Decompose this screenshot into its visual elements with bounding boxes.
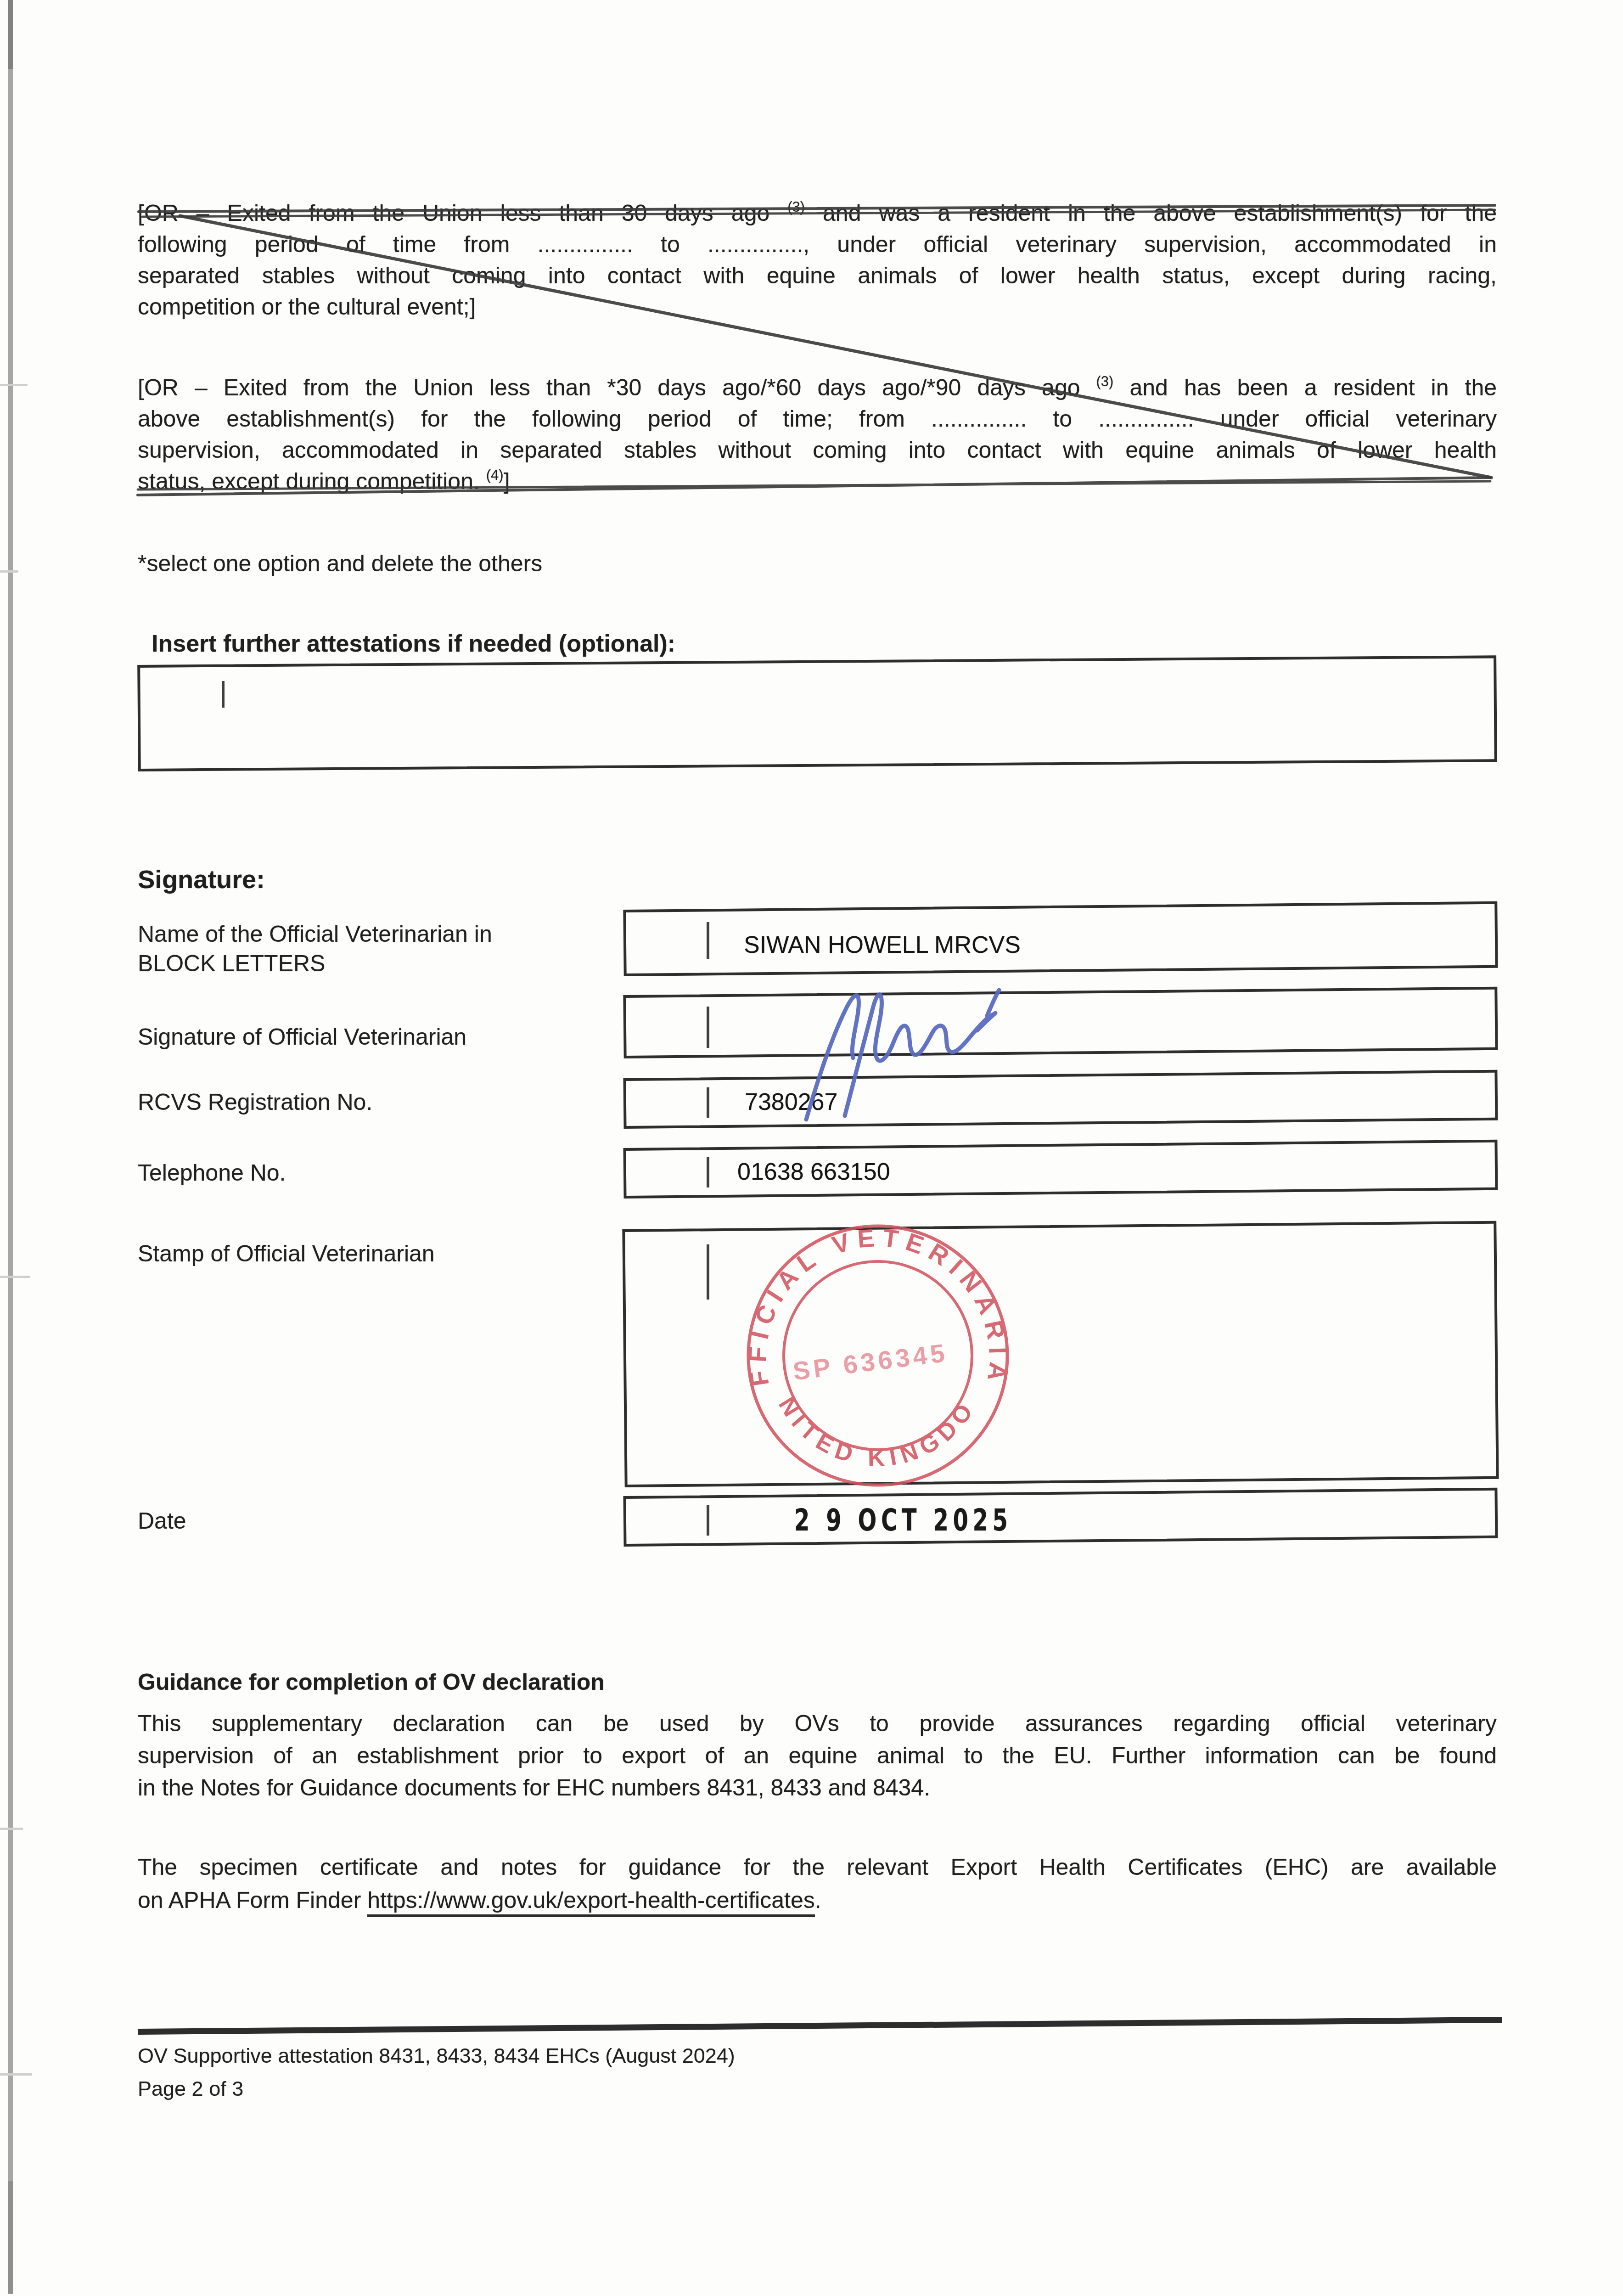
stamp-label: Stamp of Official Veterinarian [138,1239,435,1268]
paragraph-line: status, except during competition. (4)] [138,466,1497,500]
attestations-heading: Insert further attestations if needed (o… [152,630,675,658]
page-scan-edge [8,0,13,2294]
field-tick-mark [707,1244,709,1300]
apha-form-finder-link-line[interactable]: on APHA Form Finder https://www.gov.uk/e… [138,1884,1497,1917]
stamp-field-box [622,1221,1499,1487]
telephone-label: Telephone No. [138,1158,286,1187]
paragraph-line: separated stables without coming into co… [138,260,1497,291]
paragraph-line: supervision of an establishment prior to… [138,1739,1497,1772]
guidance-heading: Guidance for completion of OV declaratio… [138,1669,605,1695]
select-option-note: *select one option and delete the others [138,550,542,577]
paragraph-line: in the Notes for Guidance documents for … [138,1772,1497,1804]
scanned-document-page: [OR – Exited from the Union less than 30… [0,0,1623,2296]
footer-page-number: Page 2 of 3 [138,2076,243,2102]
rcvs-number-value: 7380267 [745,1088,837,1116]
name-label-line1: Name of the Official Veterinarian in [138,919,492,949]
field-tick-mark [707,1505,709,1536]
page-scan-edge-top [8,0,13,69]
date-stamp-value: 2 9 OCT 2025 [794,1504,1067,1536]
field-tick-mark [707,922,709,959]
date-stamp-text: 2 9 OCT 2025 [794,1503,1012,1538]
paragraph-line: [OR – Exited from the Union less than 30… [138,197,1497,232]
signature-field-box [623,987,1498,1058]
scan-smudge [0,384,28,386]
signature-section-heading: Signature: [138,864,265,894]
attestations-box [137,655,1497,771]
signature-label: Signature of Official Veterinarian [138,1022,466,1052]
date-label: Date [138,1506,186,1536]
field-tick-mark [222,681,225,708]
paragraph-line: following period of time from ..........… [138,229,1497,260]
paragraph-line: [OR – Exited from the Union less than *3… [138,372,1497,406]
footer-rule [138,2017,1502,2035]
scan-smudge [0,1828,23,1830]
field-tick-mark [707,1157,709,1187]
field-tick-mark [707,1007,709,1048]
telephone-value: 01638 663150 [737,1158,890,1186]
paragraph-line: above establishment(s) for the following… [138,403,1497,434]
scan-smudge [0,2073,32,2076]
rcvs-number-label: RCVS Registration No. [138,1087,372,1117]
paragraph-line: supervision, accommodated in separated s… [138,434,1497,466]
paragraph-line: This supplementary declaration can be us… [138,1707,1497,1739]
footer-doc-ref: OV Supportive attestation 8431, 8433, 84… [138,2043,735,2069]
paragraph-line: The specimen certificate and notes for g… [138,1851,1497,1884]
field-tick-mark [707,1087,709,1118]
scan-smudge [0,1276,30,1278]
paragraph-line: competition or the cultural event;] [138,291,1497,322]
name-label-line2: BLOCK LETTERS [138,949,325,978]
page-scan-edge-bottom [8,2181,13,2294]
name-value: SIWAN HOWELL MRCVS [744,931,1021,959]
scan-smudge [0,570,18,573]
